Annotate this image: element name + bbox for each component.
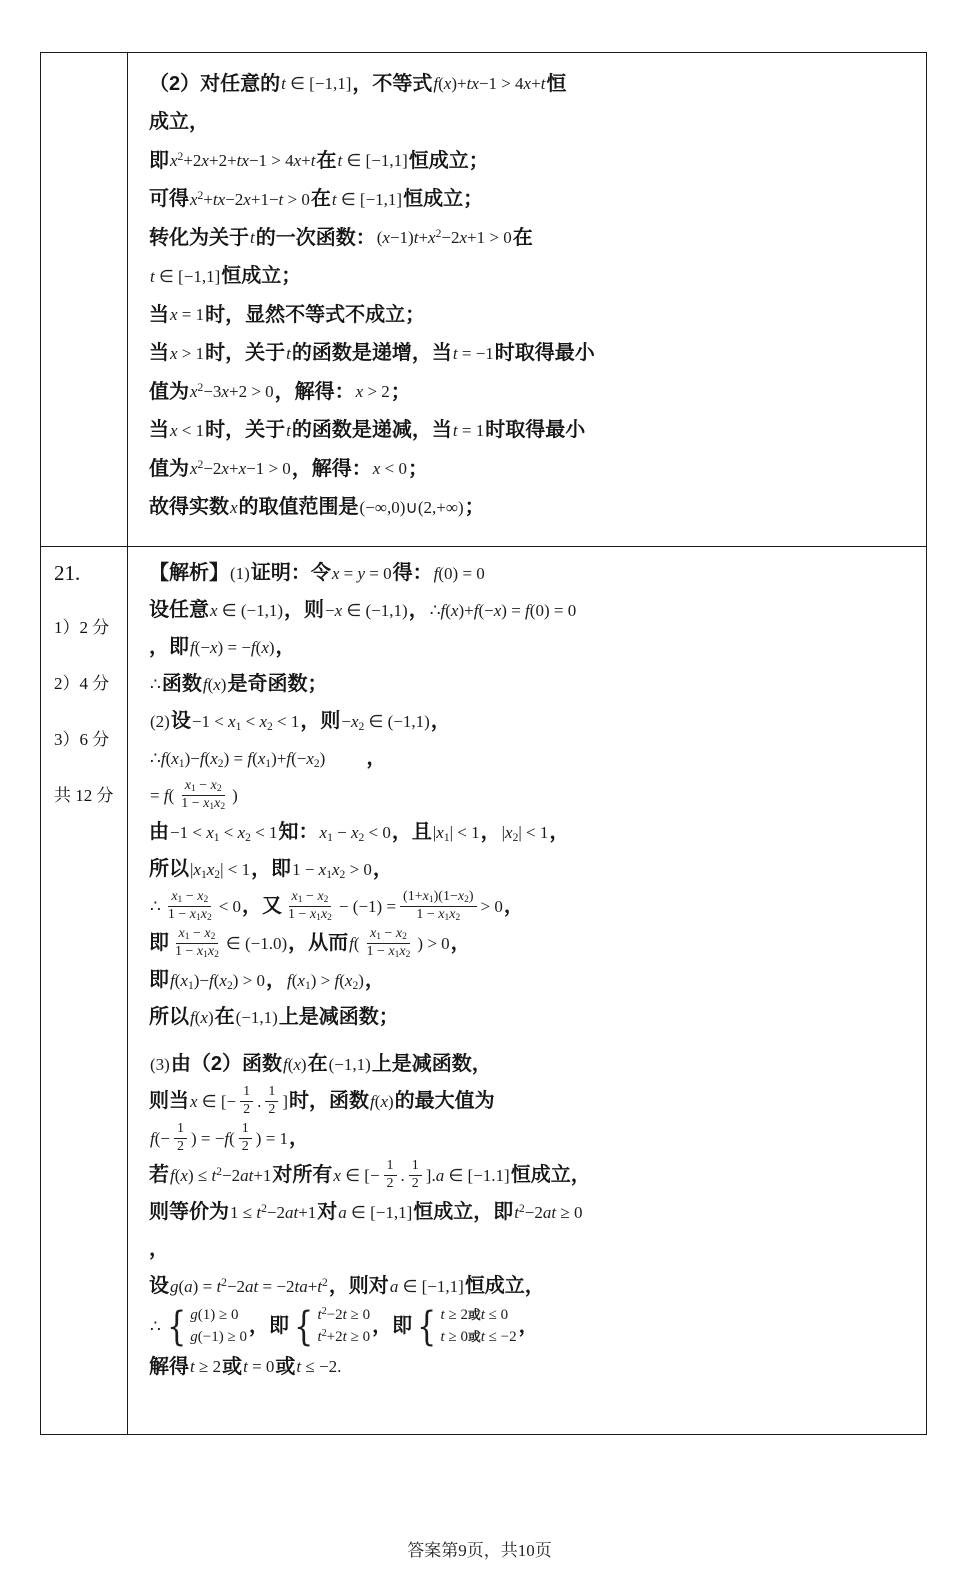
math-run: .: [257, 1092, 261, 1112]
text-run: 即: [149, 932, 169, 955]
text-run: ，则对: [329, 1275, 389, 1298]
text-line: 则等价为1 ≤ t2−2at+1对a ∈ [−1,1]恒成立，即t2−2at ≥…: [149, 1194, 908, 1231]
math-run: f(x): [190, 1008, 214, 1028]
text-run: 上是减函数，: [372, 1053, 492, 1076]
math-run: a ∈ [−1,1]: [338, 1203, 412, 1223]
text-run: 值为: [149, 458, 189, 481]
math-run: x2−2x+x−1 > 0: [190, 459, 291, 479]
math-run: t ≥ 2: [190, 1357, 221, 1377]
text-run: ，且: [392, 821, 432, 844]
math-run: (2): [150, 712, 170, 732]
text-run: ，: [326, 747, 386, 770]
cases-row: t2+2t ≥ 0: [317, 1327, 370, 1349]
text-run: ，: [149, 1238, 169, 1261]
fraction: 12: [174, 1121, 187, 1156]
text-run: 在: [215, 1006, 235, 1029]
cases-row: t ≥ 0或t ≤ −2: [441, 1327, 517, 1349]
math-run: ∴f(x)+f(−x) = f(0) = 0: [430, 601, 577, 621]
math-run: − (−1) =: [339, 897, 396, 917]
text-line: 成立，: [149, 104, 908, 143]
text-run: ，: [289, 1127, 309, 1150]
brace-glyph: {: [417, 1309, 436, 1345]
row2-left-cell: 21. 1）2 分 2）4 分 3）6 分 共 12 分: [41, 547, 128, 1434]
text-run: （2）对任意的: [149, 73, 280, 96]
math-run: ) = 1: [256, 1129, 288, 1149]
text-run: 恒: [546, 73, 566, 96]
math-run: ∴: [150, 1317, 161, 1337]
math-run: −x2 ∈ (−1,1): [341, 712, 429, 732]
math-run: ∈ (−1.0): [226, 934, 287, 954]
text-run: 对: [317, 1201, 337, 1224]
fraction: x1 − x21 − x1x2: [364, 926, 414, 961]
math-run: t = −1: [453, 344, 494, 364]
text-run: 所以: [149, 1006, 189, 1029]
math-run: x ∈ [−: [333, 1166, 379, 1186]
answer-table: （2）对任意的t ∈ [−1,1]，不等式f(x)+tx−1 > 4x+t恒成立…: [40, 52, 927, 1435]
table-row-question20: （2）对任意的t ∈ [−1,1]，不等式f(x)+tx−1 > 4x+t恒成立…: [41, 53, 926, 547]
math-run: |x2| < 1: [502, 823, 549, 843]
math-run: t ∈ [−1,1]: [338, 151, 408, 171]
fraction: 12: [265, 1084, 278, 1119]
math-run: f(x): [370, 1092, 394, 1112]
math-run: g(a) = t2−2at = −2ta+t2: [170, 1277, 328, 1297]
cases-row: t2−2t ≥ 0: [317, 1305, 370, 1327]
page-footer: 答案第9页，共10页: [0, 1536, 959, 1561]
text-run: ，又: [242, 895, 282, 918]
math-run: x2+2x+2+tx−1 > 4x+t: [170, 151, 316, 171]
row2-solution-cell: 【解析】(1)证明：令x = y = 0得：f(0) = 0设任意x ∈ (−1…: [128, 547, 926, 1434]
text-run: 设: [171, 710, 191, 733]
text-run: ，从而: [288, 932, 348, 955]
math-run: 1 ≤ t2−2at+1: [230, 1203, 316, 1223]
text-line: 若f(x) ≤ t2−2at+1对所有x ∈ [−12.12].a ∈ [−1.…: [149, 1157, 908, 1194]
math-run: t ∈ [−1,1]: [150, 267, 220, 287]
solution-part2-lines: （2）对任意的t ∈ [−1,1]，不等式f(x)+tx−1 > 4x+t恒成立…: [149, 65, 908, 527]
math-run: f(x): [203, 675, 227, 695]
text-run: 的取值范围是: [239, 496, 359, 519]
text-run: 时取得最小: [485, 419, 585, 442]
text-line: ∴f(x1)−f(x2) = f(x1)+f(−x2) ，: [149, 740, 908, 777]
text-line: ，即f(−x) = −f(x)，: [149, 629, 908, 666]
math-run: f(x)+tx−1 > 4x+t: [433, 74, 545, 94]
math-run: f(−x) = −f(x): [190, 638, 275, 658]
math-run: ∴f(x1)−f(x2) = f(x1)+f(−x2): [150, 749, 325, 769]
text-run: 可得: [149, 188, 189, 211]
text-run: 时，关于: [205, 342, 285, 365]
text-line: 解得t ≥ 2或t = 0或t ≤ −2.: [149, 1349, 908, 1386]
fraction: 12: [240, 1084, 253, 1119]
math-run: (3): [150, 1055, 170, 1075]
fraction: 12: [239, 1121, 252, 1156]
math-run: f(0) = 0: [434, 564, 485, 584]
text-line: 设g(a) = t2−2at = −2ta+t2，则对a ∈ [−1,1]恒成立…: [149, 1268, 908, 1305]
text-line: 则当x ∈ [−12.12]时，函数f(x)的最大值为: [149, 1083, 908, 1120]
text-line: (3)由（2）函数f(x)在(−1,1)上是减函数，: [149, 1046, 908, 1083]
math-run: |x1| < 1: [433, 823, 480, 843]
text-run: 时，关于: [205, 419, 285, 442]
score-item-2: 2）4 分: [54, 669, 123, 694]
score-item-3: 3）6 分: [54, 725, 123, 750]
text-run: 转化为关于: [149, 227, 249, 250]
math-run: f(x) ≤ t2−2at+1: [170, 1166, 271, 1186]
text-run: ，: [365, 969, 385, 992]
row1-solution-cell: （2）对任意的t ∈ [−1,1]，不等式f(x)+tx−1 > 4x+t恒成立…: [128, 53, 926, 546]
brace-glyph: {: [294, 1309, 313, 1345]
text-run: 当: [149, 342, 169, 365]
text-run: ，即: [149, 636, 189, 659]
math-run: x2−3x+2 > 0: [190, 382, 274, 402]
text-run: 设: [149, 1275, 169, 1298]
score-total: 共 12 分: [54, 781, 123, 806]
math-run: f(x): [283, 1055, 307, 1075]
text-run: 在: [317, 150, 337, 173]
text-run: ，: [373, 858, 393, 881]
text-line: 故得实数x的取值范围是(−∞,0)∪(2,+∞)；: [149, 489, 908, 528]
text-run: 由（2）函数: [171, 1053, 282, 1076]
text-run: 在: [513, 227, 533, 250]
math-run: x1 − x2 < 0: [320, 823, 391, 843]
text-run: ，不等式: [352, 73, 432, 96]
text-run: 恒成立；: [403, 188, 483, 211]
math-run: ∴: [150, 897, 161, 917]
text-run: 的一次函数：: [256, 227, 376, 250]
text-line: 当x = 1时，显然不等式不成立；: [149, 296, 908, 335]
text-run: 恒成立，即: [413, 1201, 513, 1224]
math-run: t = 0: [243, 1357, 274, 1377]
math-run: ].a ∈ [−1.1]: [426, 1166, 510, 1186]
text-line: ∴{g(1) ≥ 0g(−1) ≥ 0，即{t2−2t ≥ 0t2+2t ≥ 0…: [149, 1305, 908, 1349]
math-run: x > 2: [356, 382, 390, 402]
math-run: x < 0: [373, 459, 407, 479]
text-line: 所以f(x)在(−1,1)上是减函数；: [149, 999, 908, 1036]
math-run: x = 1: [170, 305, 204, 325]
text-run: ，则: [284, 599, 324, 622]
math-run: (x−1)t+x2−2x+1 > 0: [377, 228, 512, 248]
text-line: （2）对任意的t ∈ [−1,1]，不等式f(x)+tx−1 > 4x+t恒: [149, 65, 908, 104]
text-run: 在: [311, 188, 331, 211]
math-run: t ≤ −2.: [296, 1357, 341, 1377]
text-line: 转化为关于t的一次函数：(x−1)t+x2−2x+1 > 0在: [149, 219, 908, 258]
math-run: t: [286, 344, 291, 364]
math-run: x < 1: [170, 421, 204, 441]
text-run: 恒成立；: [221, 265, 301, 288]
text-line: 即x2+2x+2+tx−1 > 4x+t在t ∈ [−1,1]恒成立；: [149, 142, 908, 181]
text-run: 则等价为: [149, 1201, 229, 1224]
text-line: f(−12) = −f(12) = 1，: [149, 1120, 908, 1157]
text-run: 证明：令: [251, 562, 331, 585]
math-run: f(x1)−f(x2) > 0: [170, 971, 265, 991]
text-run: ，则: [300, 710, 340, 733]
math-run: ) > 0: [417, 934, 449, 954]
text-run: 恒成立；: [409, 150, 489, 173]
text-run: 时取得最小: [495, 342, 595, 365]
text-line: t ∈ [−1,1]恒成立；: [149, 258, 908, 297]
math-run: ) = −f(: [191, 1129, 235, 1149]
text-line: 可得x2+tx−2x+1−t > 0在t ∈ [−1,1]恒成立；: [149, 181, 908, 220]
math-run: f(: [349, 934, 359, 954]
text-run: 即: [149, 969, 169, 992]
math-run: .: [401, 1166, 405, 1186]
text-run: 值为: [149, 381, 189, 404]
text-run: ，: [451, 932, 471, 955]
text-line: 即f(x1)−f(x2) > 0，f(x1) > f(x2)，: [149, 962, 908, 999]
math-run: a ∈ [−1,1]: [390, 1277, 464, 1297]
text-run: ，: [519, 1315, 539, 1338]
text-line: 设任意x ∈ (−1,1)，则−x ∈ (−1,1)，∴f(x)+f(−x) =…: [149, 592, 908, 629]
text-run: 所以: [149, 858, 189, 881]
row1-left-cell: [41, 53, 128, 546]
text-run: ，解得：: [292, 458, 372, 481]
text-run: ，解得：: [275, 381, 355, 404]
text-run: 得：: [393, 562, 433, 585]
cases-row: g(1) ≥ 0: [190, 1305, 247, 1327]
text-run: 时，显然不等式不成立；: [205, 304, 425, 327]
math-run: |x1x2| < 1: [190, 860, 250, 880]
math-run: −1 < x1 < x2 < 1: [192, 712, 300, 732]
cases-row: g(−1) ≥ 0: [190, 1327, 247, 1349]
text-line: 值为x2−2x+x−1 > 0，解得：x < 0；: [149, 450, 908, 489]
cases-group: {g(1) ≥ 0g(−1) ≥ 0: [164, 1305, 247, 1349]
table-row-question21: 21. 1）2 分 2）4 分 3）6 分 共 12 分 【解析】(1)证明：令…: [41, 547, 926, 1434]
text-run: ；: [465, 496, 485, 519]
text-line: 【解析】(1)证明：令x = y = 0得：f(0) = 0: [149, 555, 908, 592]
text-run: 即: [149, 150, 169, 173]
fraction: x1 − x21 − x1x2: [285, 889, 335, 924]
text-line: (2)设−1 < x1 < x2 < 1，则−x2 ∈ (−1,1)，: [149, 703, 908, 740]
fraction: 12: [409, 1158, 422, 1193]
text-line: 所以|x1x2| < 1，即1 − x1x2 > 0，: [149, 851, 908, 888]
question-number: 21.: [54, 561, 123, 586]
math-run: −x ∈ (−1,1): [325, 601, 408, 621]
text-run: 函数: [162, 673, 202, 696]
text-run: 的函数是递增，当: [292, 342, 452, 365]
math-run: (1): [230, 564, 250, 584]
text-line: 即x1 − x21 − x1x2∈ (−1.0)，从而f(x1 − x21 − …: [149, 925, 908, 962]
text-run: 知：: [279, 821, 319, 844]
text-run: 是奇函数；: [227, 673, 327, 696]
text-run: 时，函数: [289, 1090, 369, 1113]
math-run: t: [286, 421, 291, 441]
text-run: 恒成立，: [511, 1164, 591, 1187]
math-run: x2+tx−2x+1−t > 0: [190, 190, 310, 210]
math-run: −1 < x1 < x2 < 1: [170, 823, 278, 843]
text-run: ；: [391, 381, 411, 404]
fraction: x1 − x21 − x1x2: [172, 926, 222, 961]
fraction: x1 − x21 − x1x2: [178, 778, 228, 813]
text-run: ，: [549, 821, 569, 844]
math-run: x = y = 0: [332, 564, 392, 584]
text-run: ，: [504, 895, 524, 918]
solution-q21-lines: 【解析】(1)证明：令x = y = 0得：f(0) = 0设任意x ∈ (−1…: [149, 555, 908, 1386]
text-line: 值为x2−3x+2 > 0，解得：x > 2；: [149, 373, 908, 412]
text-run: 解得: [149, 1356, 189, 1379]
math-run: ∴: [150, 675, 161, 695]
text-run: 由: [149, 821, 169, 844]
text-line: ∴x1 − x21 − x1x2< 0，又x1 − x21 − x1x2− (−…: [149, 888, 908, 925]
text-run: 上是减函数；: [279, 1006, 399, 1029]
math-run: x ∈ (−1,1): [210, 601, 283, 621]
fraction: x1 − x21 − x1x2: [165, 889, 215, 924]
math-run: t2−2at ≥ 0: [514, 1203, 582, 1223]
math-run: x ∈ [−: [190, 1092, 236, 1112]
score-item-1: 1）2 分: [54, 613, 123, 638]
text-run: 【解析】: [149, 562, 229, 585]
math-run: f(−: [150, 1129, 170, 1149]
math-run: = f(: [150, 786, 174, 806]
text-line: ∴函数f(x)是奇函数；: [149, 666, 908, 703]
brace-glyph: {: [167, 1309, 186, 1345]
math-run: ]: [282, 1092, 288, 1112]
text-run: 当: [149, 304, 169, 327]
math-run: t: [250, 228, 255, 248]
text-line: ，: [149, 1231, 908, 1268]
text-line: = f(x1 − x21 − x1x2): [149, 777, 908, 814]
text-run: 或: [222, 1356, 242, 1379]
text-run: 当: [149, 419, 169, 442]
text-line: 当x < 1时，关于t的函数是递减，当t = 1时取得最小: [149, 412, 908, 451]
text-run: ，: [431, 710, 451, 733]
math-run: ): [232, 786, 238, 806]
math-run: x > 1: [170, 344, 204, 364]
fraction: 12: [384, 1158, 397, 1193]
cases-group: {t ≥ 2或t ≤ 0t ≥ 0或t ≤ −2: [414, 1305, 516, 1349]
text-run: 在: [308, 1053, 328, 1076]
math-run: (−1,1): [236, 1008, 278, 1028]
text-run: ，即: [372, 1315, 412, 1338]
fraction: (1+x1)(1−x2)1 − x1x2: [400, 889, 476, 924]
text-run: 则当: [149, 1090, 189, 1113]
text-run: ；: [408, 458, 428, 481]
text-run: ，: [266, 969, 286, 992]
text-line: 由−1 < x1 < x2 < 1知：x1 − x2 < 0，且|x1| < 1…: [149, 814, 908, 851]
text-run: 对所有: [272, 1164, 332, 1187]
text-line: 当x > 1时，关于t的函数是递增，当t = −1时取得最小: [149, 335, 908, 374]
math-run: 1 − x1x2 > 0: [292, 860, 372, 880]
math-run: (−1,1): [329, 1055, 371, 1075]
text-run: ，: [409, 599, 429, 622]
text-run: ，即: [251, 858, 291, 881]
text-run: 的函数是递减，当: [292, 419, 452, 442]
math-run: x: [230, 498, 238, 518]
text-run: 若: [149, 1164, 169, 1187]
text-run: 的最大值为: [395, 1090, 495, 1113]
cases-row: t ≥ 2或t ≤ 0: [441, 1305, 517, 1327]
text-run: 设任意: [149, 599, 209, 622]
math-run: t ∈ [−1,1]: [332, 190, 402, 210]
text-run: 成立，: [149, 111, 209, 134]
math-run: (−∞,0)∪(2,+∞): [360, 498, 464, 518]
text-run: 故得实数: [149, 496, 229, 519]
cases-group: {t2−2t ≥ 0t2+2t ≥ 0: [291, 1305, 370, 1349]
math-run: t ∈ [−1,1]: [281, 74, 351, 94]
text-run: 恒成立，: [465, 1275, 545, 1298]
math-run: < 0: [219, 897, 241, 917]
text-run: ，: [276, 636, 296, 659]
math-run: t = 1: [453, 421, 484, 441]
text-run: 或: [275, 1356, 295, 1379]
text-run: ，即: [249, 1315, 289, 1338]
text-run: ，: [481, 821, 501, 844]
math-run: f(x1) > f(x2): [287, 971, 364, 991]
math-run: > 0: [481, 897, 503, 917]
